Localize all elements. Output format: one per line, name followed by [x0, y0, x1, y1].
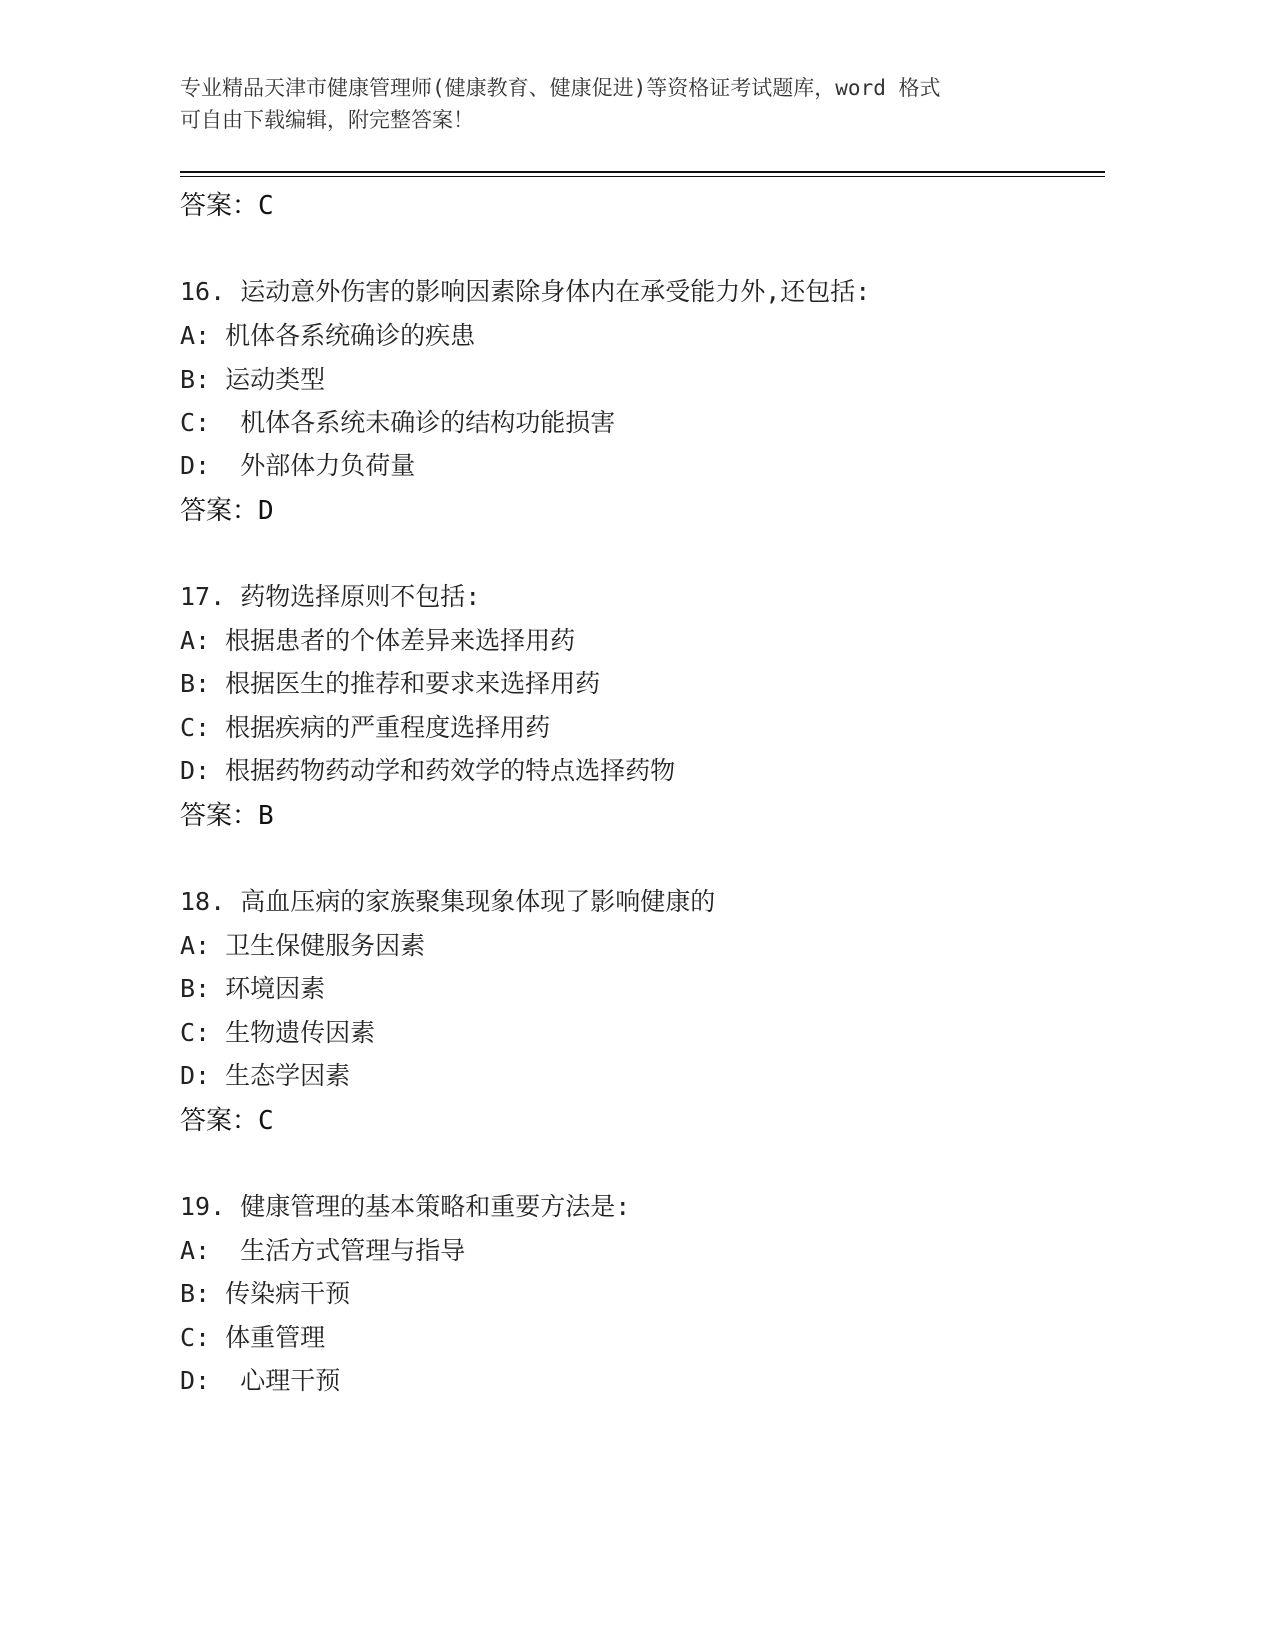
header-rule-thick — [180, 171, 1105, 173]
question-17-option-d: D: 根据药物药动学和药效学的特点选择药物 — [180, 751, 675, 787]
question-18-stem: 18. 高血压病的家族聚集现象体现了影响健康的 — [180, 882, 715, 918]
question-19-stem: 19. 健康管理的基本策略和重要方法是: — [180, 1187, 630, 1223]
question-18-option-a: A: 卫生保健服务因素 — [180, 926, 425, 962]
question-17-option-a: A: 根据患者的个体差异来选择用药 — [180, 621, 575, 657]
question-18-option-b: B: 环境因素 — [180, 969, 325, 1005]
question-16-stem: 16. 运动意外伤害的影响因素除身体内在承受能力外,还包括: — [180, 272, 870, 308]
question-19-option-a: A: 生活方式管理与指导 — [180, 1231, 465, 1267]
question-16-option-a: A: 机体各系统确诊的疾患 — [180, 316, 475, 352]
header-line-2: 可自由下载编辑，附完整答案！ — [180, 104, 1040, 136]
document-header: 专业精品天津市健康管理师(健康教育、健康促进)等资格证考试题库，word 格式 … — [180, 72, 1040, 136]
header-rule-thin — [180, 176, 1105, 177]
header-line-1: 专业精品天津市健康管理师(健康教育、健康促进)等资格证考试题库，word 格式 — [180, 72, 1040, 104]
question-17-option-b: B: 根据医生的推荐和要求来选择用药 — [180, 664, 600, 700]
question-18-option-d: D: 生态学因素 — [180, 1056, 350, 1092]
question-18-option-c: C: 生物遗传因素 — [180, 1013, 375, 1049]
question-16-option-d: D: 外部体力负荷量 — [180, 446, 415, 482]
question-16-option-c: C: 机体各系统未确诊的结构功能损害 — [180, 403, 615, 439]
question-19-option-b: B: 传染病干预 — [180, 1274, 350, 1310]
question-16-option-b: B: 运动类型 — [180, 360, 325, 396]
question-17-stem: 17. 药物选择原则不包括: — [180, 577, 480, 613]
question-18-answer: 答案：C — [180, 1100, 274, 1137]
question-17-answer: 答案：B — [180, 795, 274, 832]
question-17-option-c: C: 根据疾病的严重程度选择用药 — [180, 708, 550, 744]
question-19-option-d: D: 心理干预 — [180, 1361, 340, 1397]
question-19-option-c: C: 体重管理 — [180, 1318, 325, 1354]
question-16-answer: 答案：D — [180, 490, 274, 527]
previous-answer: 答案：C — [180, 185, 274, 222]
